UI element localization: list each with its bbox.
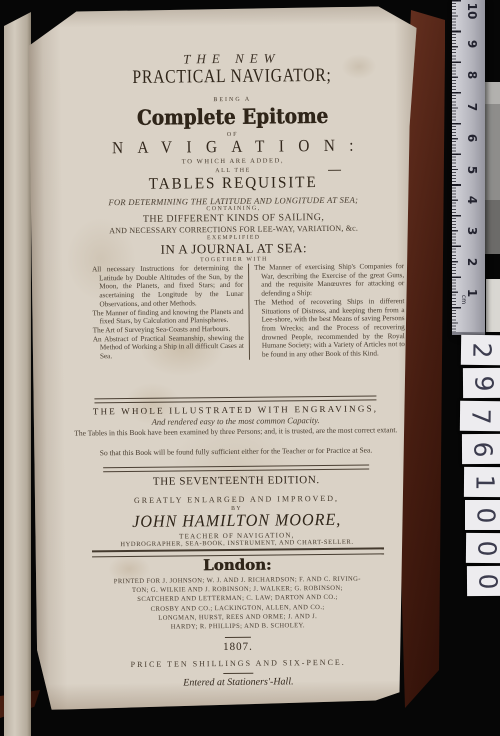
digit-card: 6: [462, 434, 500, 464]
ruler-number: 10: [465, 2, 479, 20]
digit: 2: [467, 342, 496, 358]
contents-column-right: The Manner of exercising Ship's Companie…: [248, 262, 410, 359]
ruler-number: 7: [465, 98, 479, 116]
author-name: JOHN HAMILTON MOORE,: [63, 509, 411, 533]
photograph-of-book-title-page: THE NEW PRACTICAL NAVIGATOR; BEING A Com…: [0, 0, 500, 736]
price-line: PRICE TEN SHILLINGS AND SIX-PENCE.: [55, 657, 421, 670]
ruler-number: 8: [465, 66, 479, 84]
ruler-unit-label: cm: [460, 295, 467, 304]
digit-card: 1: [464, 467, 500, 497]
tables-requisite-line: TABLES REQUISITE: [59, 173, 407, 195]
digit: 6: [468, 441, 497, 457]
navigation-line: NAVIGATION:: [68, 135, 398, 158]
digit-card: 2: [461, 335, 500, 366]
digit-card: 0: [467, 566, 500, 596]
ruler-number: 4: [465, 191, 479, 209]
left-column-item: An Abstract of Practical Seamanship, she…: [93, 333, 244, 361]
double-rule: [103, 465, 369, 473]
london-blackletter-line: London:: [54, 554, 420, 576]
ruler-number: 2: [465, 253, 479, 271]
digit: 0: [472, 540, 500, 556]
double-rule: [94, 395, 376, 403]
facing-page-edge: [4, 12, 31, 736]
ruler-number: 3: [465, 222, 479, 240]
publisher-imprint: PRINTED FOR J. JOHNSON; W. J. AND J. RIC…: [62, 574, 413, 633]
digit: 0: [472, 507, 500, 523]
digit-card: 0: [465, 500, 500, 530]
calibration-patch-dark: [484, 200, 500, 254]
digit: 7: [466, 408, 495, 424]
small-dash: [225, 637, 251, 638]
calibration-patch-light: [484, 82, 500, 104]
ruler-number: 1: [465, 284, 479, 302]
small-dash: [328, 170, 341, 171]
stationers-hall-line: Entered at Stationers'-Hall.: [55, 675, 421, 690]
book-title: PRACTICAL NAVIGATOR;: [82, 64, 382, 89]
contents-columns: All necessary Instructions for determini…: [87, 262, 410, 361]
calibration-patch-white: [486, 279, 500, 332]
ruler: 10 9 8 7 6 5 4 3 2 1 cm: [452, 0, 485, 335]
edition-line: THE SEVENTEENTH EDITION.: [53, 473, 419, 489]
digit: 9: [469, 375, 498, 391]
ruler-number: 6: [465, 129, 479, 147]
contents-column-left: All necessary Instructions for determini…: [87, 264, 249, 361]
sufficient-note: So that this Book will be found fully su…: [61, 445, 411, 458]
small-dash: [223, 673, 253, 674]
right-column-item: The Method of recovering Ships in differ…: [254, 297, 405, 359]
digit-card: 0: [466, 533, 500, 563]
digit-card: 9: [463, 368, 500, 398]
digit: 0: [473, 573, 500, 589]
digit-card: 7: [460, 401, 500, 431]
ruler-number: 5: [465, 161, 479, 179]
right-column-item: The Manner of exercising Ship's Companie…: [254, 262, 404, 298]
ruler-number: 9: [465, 35, 479, 53]
publication-year: 1807.: [55, 639, 421, 655]
left-column-item: The Manner of finding and knowing the Pl…: [92, 307, 243, 326]
title-page: THE NEW PRACTICAL NAVIGATOR; BEING A Com…: [28, 6, 425, 710]
epitome-blackletter-line: Complete Epitome: [71, 102, 393, 130]
digit: 1: [470, 474, 499, 490]
left-column-item: All necessary Instructions for determini…: [92, 264, 243, 309]
calibration-patch-mid: [484, 104, 500, 200]
